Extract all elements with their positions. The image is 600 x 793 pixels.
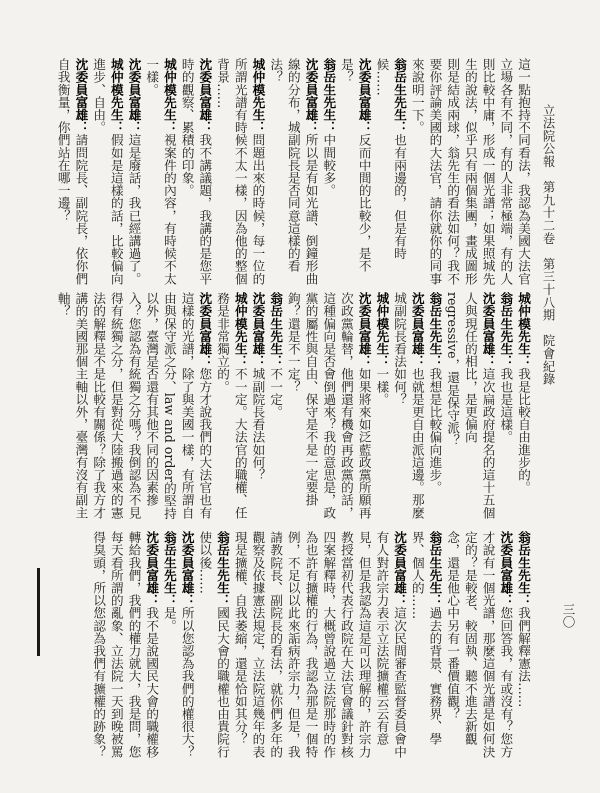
speaker-label: 翁岳生先生：	[498, 292, 513, 368]
dialogue-paragraph: 城仲模先生：不一定。大法官的職權、任務是非常獨立的。	[213, 292, 248, 520]
speaker-label: 沈委員富雄：	[144, 531, 159, 607]
dialogue-paragraph: 翁岳生先生：過去的背景、實務界、學界、個人的……	[408, 531, 443, 760]
dialogue-paragraph: 沈委員富雄：這次扁政府提名的這十五個人與現任的相比，是更偏向regressive…	[443, 292, 496, 520]
speaker-label: 城仲模先生：	[374, 292, 389, 368]
dialogue-text: 我也是這樣。	[498, 368, 513, 444]
dialogue-paragraph: 這一點抱持不同看法，我認為美國大法官立場各有不同，有的人非常極端，有的人則比較中…	[408, 58, 532, 290]
dialogue-paragraph: 沈委員富雄：我不講議題，我講的是您平時的觀察、累積的印象。	[178, 58, 213, 290]
speaker-label: 沈委員富雄：	[180, 531, 195, 607]
speaker-label: 城仲模先生：	[162, 58, 177, 134]
dialogue-paragraph: 翁岳生先生：也有兩邊的，但是有時候……	[373, 58, 408, 290]
speaker-label: 沈委員富雄：	[127, 58, 142, 134]
dialogue-paragraph: 沈委員富雄：這是廢話，我已經講過了。	[125, 58, 143, 290]
speaker-label: 翁岳生先生：	[268, 292, 283, 368]
dialogue-text: 這次民間審查監督委員會中有人對許宗力表示立法院擴權云云有意見，但是我認為這是可以…	[233, 531, 407, 758]
dialogue-text: 這是廢話，我已經講過了。	[127, 134, 142, 285]
dialogue-text: 一樣。	[374, 368, 389, 406]
speaker-label: 沈委員富雄：	[392, 531, 407, 607]
dialogue-text: 中間較多。	[321, 134, 336, 197]
dialogue-paragraph: 翁岳生先生：我們解釋憲法……	[514, 531, 532, 760]
dialogue-paragraph: 沈委員富雄：這次民間審查監督委員會中有人對許宗力表示立法院擴權云云有意見，但是我…	[231, 531, 408, 760]
dialogue-paragraph: 城仲模先生：我是比較自由進步的。	[514, 292, 532, 520]
dialogue-paragraph: 翁岳生先生：中間較多。	[320, 58, 338, 290]
dialogue-paragraph: 翁岳生先生：我也是這樣。	[497, 292, 515, 520]
speaker-label: 沈委員富雄：	[481, 292, 496, 368]
dialogue-text: 所以您認為我們的權很大？	[180, 607, 195, 758]
dialogue-paragraph: 翁岳生先生：不一定。	[266, 292, 284, 520]
speaker-label: 沈委員富雄：	[410, 292, 425, 368]
gazette-page: 立法院公報 第九十二卷 第三十八期 院會紀錄 三〇 這一點抱持不同看法，我認為美…	[0, 0, 600, 793]
speaker-label: 城仲模先生：	[250, 58, 265, 134]
speaker-label: 翁岳生先生：	[427, 531, 442, 607]
text-band-bottom: 翁岳生先生：我們解釋憲法…… 沈委員富雄：您回答我，有或沒有？您方才說有一個光譜…	[40, 531, 532, 760]
speaker-label: 沈委員富雄：	[357, 292, 372, 368]
dialogue-text: 這一點抱持不同看法，我認為美國大法官立場各有不同，有的人非常極端，有的人則比較中…	[410, 58, 531, 285]
dialogue-text: 是。	[162, 607, 177, 632]
dialogue-paragraph: 翁岳生先生：是。	[160, 531, 178, 760]
page-number: 三〇	[560, 603, 576, 628]
dialogue-paragraph: 沈委員富雄：您方才說我們的大法官也有這樣的光譜，除了與美國一樣，有所謂自由與保守…	[54, 292, 213, 520]
speaker-label: 翁岳生先生：	[321, 58, 336, 134]
dialogue-paragraph: 沈委員富雄：反而中間的比較少，是不是？	[337, 58, 372, 290]
dialogue-text: 我想是比較偏向進步。	[427, 368, 442, 494]
text-band-top: 這一點抱持不同看法，我認為美國大法官立場各有不同，有的人非常極端，有的人則比較中…	[40, 58, 532, 290]
speaker-label: 沈委員富雄：	[197, 292, 212, 368]
text-band-middle: 城仲模先生：我是比較自由進步的。 翁岳生先生：我也是這樣。 沈委員富雄：這次扁政…	[40, 292, 532, 520]
dialogue-paragraph: 沈委員富雄：所以是有如光譜、倒鐘形曲線的分布，城副院長是否同意這樣的看法？	[266, 58, 319, 290]
speaker-label: 沈委員富雄：	[197, 58, 212, 134]
dialogue-paragraph: 城仲模先生：一樣。	[373, 292, 391, 520]
dialogue-paragraph: 城仲模先生：視案件的內容，有時候不太一樣。	[143, 58, 178, 290]
dialogue-text: 城副院長看法如何？	[250, 368, 265, 481]
speaker-label: 沈委員富雄：	[357, 58, 372, 134]
speaker-label: 翁岳生先生：	[516, 531, 531, 607]
speaker-label: 翁岳生先生：	[215, 531, 230, 607]
dialogue-text: 您方才說我們的大法官也有這樣的光譜，除了與美國一樣，有所謂自由與保守派之分、la…	[56, 292, 213, 520]
dialogue-paragraph: 沈委員富雄：城副院長看法如何？	[249, 292, 267, 520]
dialogue-paragraph: 沈委員富雄：您回答我，有或沒有？您方才說有一個光譜，那麼這個光譜是如何決定的？是…	[443, 531, 514, 760]
dialogue-paragraph: 翁岳生先生：我想是比較偏向進步。	[426, 292, 444, 520]
dialogue-paragraph: 沈委員富雄：如果將來如泛藍政黨所願再次政黨輪替，他們還有機會再政黨的話，這種偏向…	[284, 292, 373, 520]
dialogue-paragraph: 翁岳生先生：國民大會的職權也由貴院行使以後……	[196, 531, 231, 760]
dialogue-paragraph: 沈委員富雄：請問院長、副院長，依你們自我衡量，你們站在哪一邊？	[54, 58, 89, 290]
speaker-label: 沈委員富雄：	[73, 58, 88, 134]
dialogue-paragraph: 沈委員富雄：我不是說國民大會的職權移轉給我們，我們的權力就大，我是問，您每天看所…	[89, 531, 160, 760]
speaker-label: 沈委員富雄：	[304, 58, 319, 134]
dialogue-paragraph: 沈委員富雄：所以您認為我們的權很大？	[178, 531, 196, 760]
speaker-label: 翁岳生先生：	[162, 531, 177, 607]
dialogue-paragraph: 沈委員富雄：也就是更自由派這邊。那麼城副院長看法如何？	[390, 292, 425, 520]
dialogue-paragraph: 城仲模先生：問題出來的時候，每一位的所謂光譜有時候不太一樣，因為他的整個背景……	[213, 58, 266, 290]
dialogue-text: 不一定。	[268, 368, 283, 418]
speaker-label: 城仲模先生：	[516, 292, 531, 368]
dialogue-text: 我們解釋憲法……	[516, 607, 531, 708]
speaker-label: 沈委員富雄：	[250, 292, 265, 368]
dialogue-paragraph: 城仲模先生：假如是這樣的話，比較偏向進步、自由。	[89, 58, 124, 290]
speaker-label: 城仲模先生：	[109, 58, 124, 134]
speaker-label: 城仲模先生：	[233, 292, 248, 368]
speaker-label: 翁岳生先生：	[427, 292, 442, 368]
running-header: 立法院公報 第九十二卷 第三十八期 院會紀錄	[539, 104, 556, 386]
speaker-label: 翁岳生先生：	[392, 58, 407, 134]
speaker-label: 沈委員富雄：	[498, 531, 513, 607]
dialogue-text: 我是比較自由進步的。	[516, 368, 531, 494]
